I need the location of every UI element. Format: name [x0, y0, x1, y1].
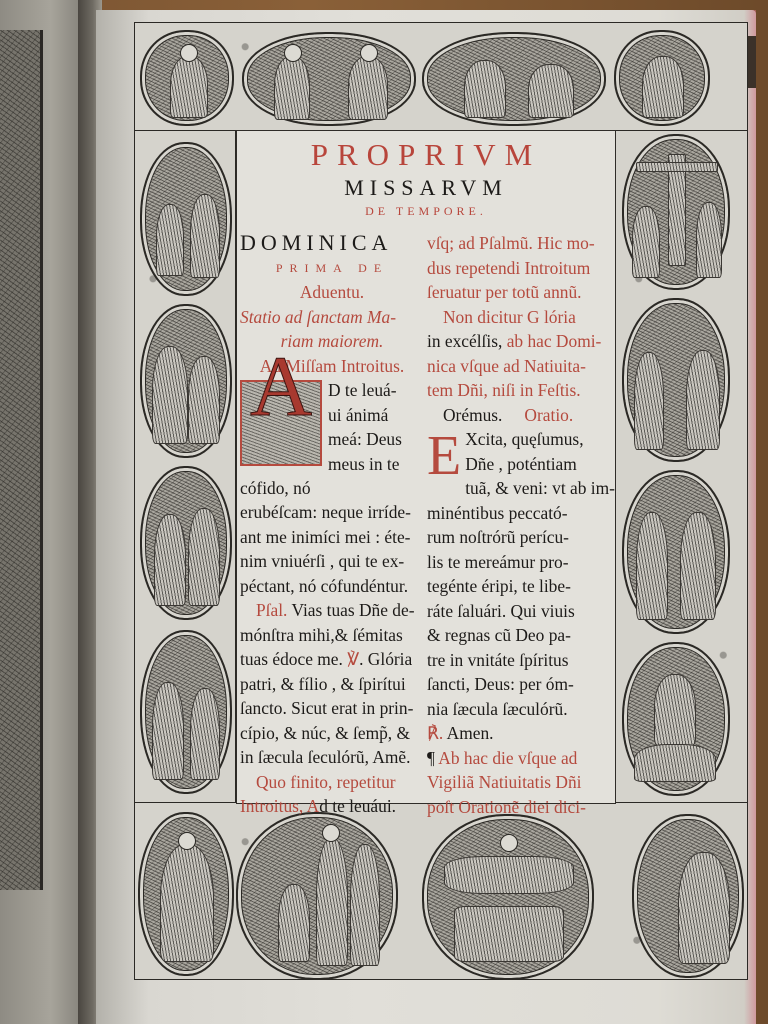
- introit-dropcap-block: A D te leuá- ui ánimá meá: Deus meus in …: [240, 378, 424, 500]
- collect-line-12: nia ſæcula ſæculórũ.: [427, 697, 611, 722]
- left-panel-baptism: [140, 630, 232, 794]
- top-panel-angel-scene: [422, 32, 606, 126]
- dominica-heading: DOMINICA: [240, 231, 424, 256]
- collect-line-4: minéntibus peccató-: [427, 501, 611, 526]
- rubric-line-3: ſeruatur per totũ annũ.: [427, 280, 611, 305]
- initial-e: E: [427, 431, 461, 481]
- right-panel-supper-at-emmaus: [622, 298, 730, 462]
- amen-line: ℟. Amen.: [427, 721, 611, 746]
- pilcrow-icon: ¶: [427, 748, 435, 768]
- text-block: PROPRIVM MISSARVM DE TEMPORE. DOMINICA P…: [236, 130, 616, 804]
- gloria-rubric-4: tem Dñi, niſi in Feſtis.: [427, 378, 611, 403]
- left-panel-presentation: [140, 466, 232, 620]
- introit-line-7: ant me inimíci mei : éte-: [240, 525, 424, 550]
- bottom-panel-woman-at-table: [632, 814, 744, 978]
- top-panel-seated-evangelist: [140, 30, 234, 126]
- collect-line-11: ſancti, Deus: per óm-: [427, 672, 611, 697]
- introit-line-8: nim vniuérſi , qui te ex-: [240, 549, 424, 574]
- final-rubric-1: ¶ Ab hac die vſque ad: [427, 746, 611, 771]
- title-missarum: MISSARVM: [237, 175, 615, 201]
- title-de-tempore: DE TEMPORE.: [237, 204, 615, 219]
- psalm-line-1: Pſal. Vias tuas Dñe de-: [240, 598, 424, 623]
- right-panel-agony-in-garden: [622, 642, 730, 796]
- final-rubric-3: poſt Orationẽ diei dici-: [427, 795, 611, 820]
- aduentu-heading: Aduentu.: [240, 280, 424, 305]
- historiated-initial-a: A: [240, 380, 322, 466]
- gloria-line-2: ſancto. Sicut erat in prin-: [240, 696, 424, 721]
- final-rubric-2: Vigiliã Natiuitatis Dñi: [427, 770, 611, 795]
- gloria-line-3: cípio, & núc, & ſemp̃, &: [240, 721, 424, 746]
- gloria-line-1: patri, & fílio , & ſpirítui: [240, 672, 424, 697]
- top-panel-seated-reader: [614, 30, 710, 126]
- collect-line-8: ráte ſaluári. Qui viuis: [427, 599, 611, 624]
- oratio-label: Oratio.: [524, 405, 573, 425]
- collect-line-9: & regnas cũ Deo pa-: [427, 623, 611, 648]
- oremus: Orémus.: [443, 405, 502, 425]
- introit-line-6: erubéſcam: neque irríde-: [240, 500, 424, 525]
- bottom-panel-feeding-of-multitude: [236, 812, 398, 980]
- top-panel-annunciation: [242, 32, 416, 126]
- collect-line-6: lis te mereámur pro-: [427, 550, 611, 575]
- rubric-introitus: Introitus, Ad te leuáui.: [240, 794, 424, 819]
- bottom-panel-last-supper: [422, 814, 594, 980]
- psalm-line-2: mónſtra mihi,& ſémitas: [240, 623, 424, 648]
- introit-line-5: cófido, nó: [240, 476, 424, 501]
- bottom-panel-saint-with-book: [138, 812, 234, 976]
- gloria-rubric-1: Non dicitur G lória: [427, 305, 611, 330]
- title-proprium: PROPRIVM: [237, 137, 615, 173]
- introit-line-9: péctant, nó cófundéntur.: [240, 574, 424, 599]
- rubric-line-2: dus repetendi Introitum: [427, 256, 611, 281]
- left-page-woodcut: [0, 30, 43, 890]
- rubric-quo-finito: Quo finito, repetitur: [240, 770, 424, 795]
- right-text-column: vſq; ad Pſalmũ. Hic mo- dus repetendi In…: [427, 231, 611, 819]
- gloria-rubric-2: in excélſis, ab hac Domi-: [427, 329, 611, 354]
- right-panel-crucifixion: [622, 134, 730, 290]
- versicle-mark: ℣: [347, 649, 359, 669]
- oremus-line: Orémus.Oratio.: [427, 403, 611, 428]
- collect-dropcap-block: E Xcita, quęſumus, Dñe , poténtiam: [427, 427, 611, 476]
- rubric-line-1: vſq; ad Pſalmũ. Hic mo-: [427, 231, 611, 256]
- collect-line-10: tre in vnitáte ſpíritus: [427, 648, 611, 673]
- response-mark: ℟.: [427, 723, 443, 743]
- psalm-label: Pſal.: [256, 600, 287, 620]
- prima-de-heading: PRIMA DE: [240, 256, 424, 281]
- left-panel-flight-into-egypt: [140, 304, 232, 458]
- versicle-line: tuas édoce me. ℣. Glória: [240, 647, 424, 672]
- left-text-column: DOMINICA PRIMA DE Aduentu. Statio ad ſan…: [240, 231, 424, 819]
- collect-line-5: rum noſtrórũ perícu-: [427, 525, 611, 550]
- left-panel-nativity: [140, 142, 232, 296]
- collect-line-7: tegénte éripi, te libe-: [427, 574, 611, 599]
- gloria-line-4: in ſæcula ſeculórũ, Amẽ.: [240, 745, 424, 770]
- gloria-rubric-3: nica vſque ad Natiuita-: [427, 354, 611, 379]
- statio-line-1: Statio ad ſanctam Ma-: [240, 305, 424, 330]
- right-panel-disputation: [622, 470, 730, 634]
